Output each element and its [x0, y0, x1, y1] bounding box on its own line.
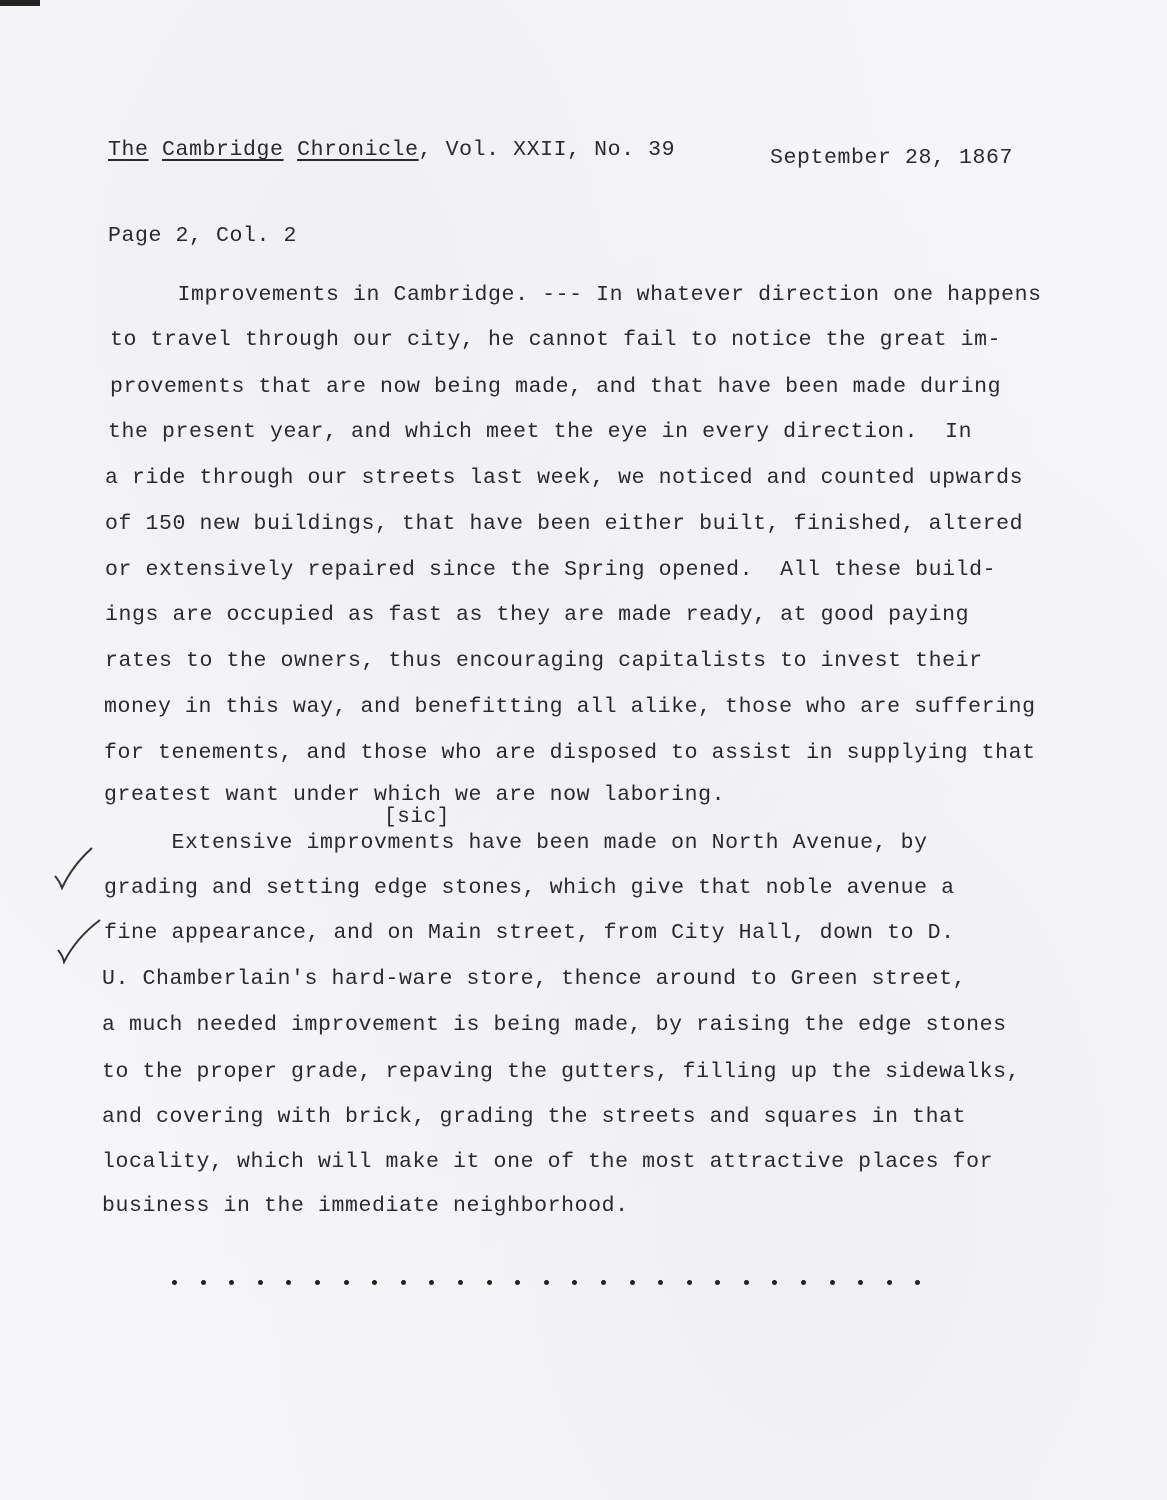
dot [458, 1280, 463, 1285]
dot [858, 1280, 863, 1285]
dot [172, 1280, 177, 1285]
dot [344, 1280, 349, 1285]
dot [572, 1280, 577, 1285]
publication-name-the: The [108, 138, 149, 162]
article-line: and covering with brick, grading the str… [102, 1107, 966, 1129]
article-line: a much needed improvement is being made,… [102, 1015, 1007, 1037]
dot [401, 1280, 406, 1285]
dot [429, 1280, 434, 1285]
document-page: The Cambridge Chronicle, Vol. XXII, No. … [0, 0, 1167, 1500]
dot [372, 1280, 377, 1285]
article-line: for tenements, and those who are dispose… [104, 743, 1036, 765]
dot [915, 1280, 920, 1285]
dot [830, 1280, 835, 1285]
dot [544, 1280, 549, 1285]
checkmark-icon [52, 846, 94, 890]
article-line: a ride through our streets last week, we… [105, 468, 1023, 490]
dot [601, 1280, 606, 1285]
dot [658, 1280, 663, 1285]
dot [286, 1280, 291, 1285]
article-line: provements that are now being made, and … [110, 377, 1001, 399]
checkmark-icon [56, 918, 102, 964]
sic-annotation: [sic] [384, 806, 450, 829]
article-line: to the proper grade, repaving the gutter… [102, 1062, 1020, 1084]
dot [229, 1280, 234, 1285]
article-line: Improvements in Cambridge. --- In whatev… [110, 285, 1042, 307]
dot [887, 1280, 892, 1285]
dot [801, 1280, 806, 1285]
article-line: ings are occupied as fast as they are ma… [105, 605, 969, 627]
section-end-dotted-line [172, 1280, 944, 1285]
article-line: the present year, and which meet the eye… [108, 422, 972, 444]
article-line: Extensive improvments have been made on … [104, 833, 928, 855]
article-line: greatest want under which we are now lab… [104, 785, 725, 807]
article-line: or extensively repaired since the Spring… [105, 560, 996, 582]
document-header: The Cambridge Chronicle, Vol. XXII, No. … [108, 140, 675, 162]
page-column-reference: Page 2, Col. 2 [108, 226, 297, 248]
article-line: locality, which will make it one of the … [102, 1152, 993, 1174]
dot [630, 1280, 635, 1285]
article-line: to travel through our city, he cannot fa… [110, 330, 1001, 352]
article-line: fine appearance, and on Main street, fro… [104, 923, 955, 945]
dot [258, 1280, 263, 1285]
article-line: rates to the owners, thus encouraging ca… [105, 651, 983, 673]
dot [201, 1280, 206, 1285]
publication-name-cambridge: Cambridge [162, 138, 284, 162]
article-line: of 150 new buildings, that have been eit… [105, 514, 1023, 536]
publication-name-chronicle: Chronicle [297, 138, 419, 162]
article-line: grading and setting edge stones, which g… [104, 878, 955, 900]
publication-date: September 28, 1867 [770, 148, 1013, 170]
article-line: U. Chamberlain's hard-ware store, thence… [102, 969, 966, 991]
article-line: business in the immediate neighborhood. [102, 1196, 629, 1218]
volume-issue: , Vol. XXII, No. 39 [419, 138, 676, 162]
dot [515, 1280, 520, 1285]
dot [487, 1280, 492, 1285]
dot [715, 1280, 720, 1285]
dot [744, 1280, 749, 1285]
scan-edge-mark [0, 0, 40, 6]
dot [315, 1280, 320, 1285]
dot [687, 1280, 692, 1285]
article-line: money in this way, and benefitting all a… [104, 697, 1036, 719]
dot [772, 1280, 777, 1285]
